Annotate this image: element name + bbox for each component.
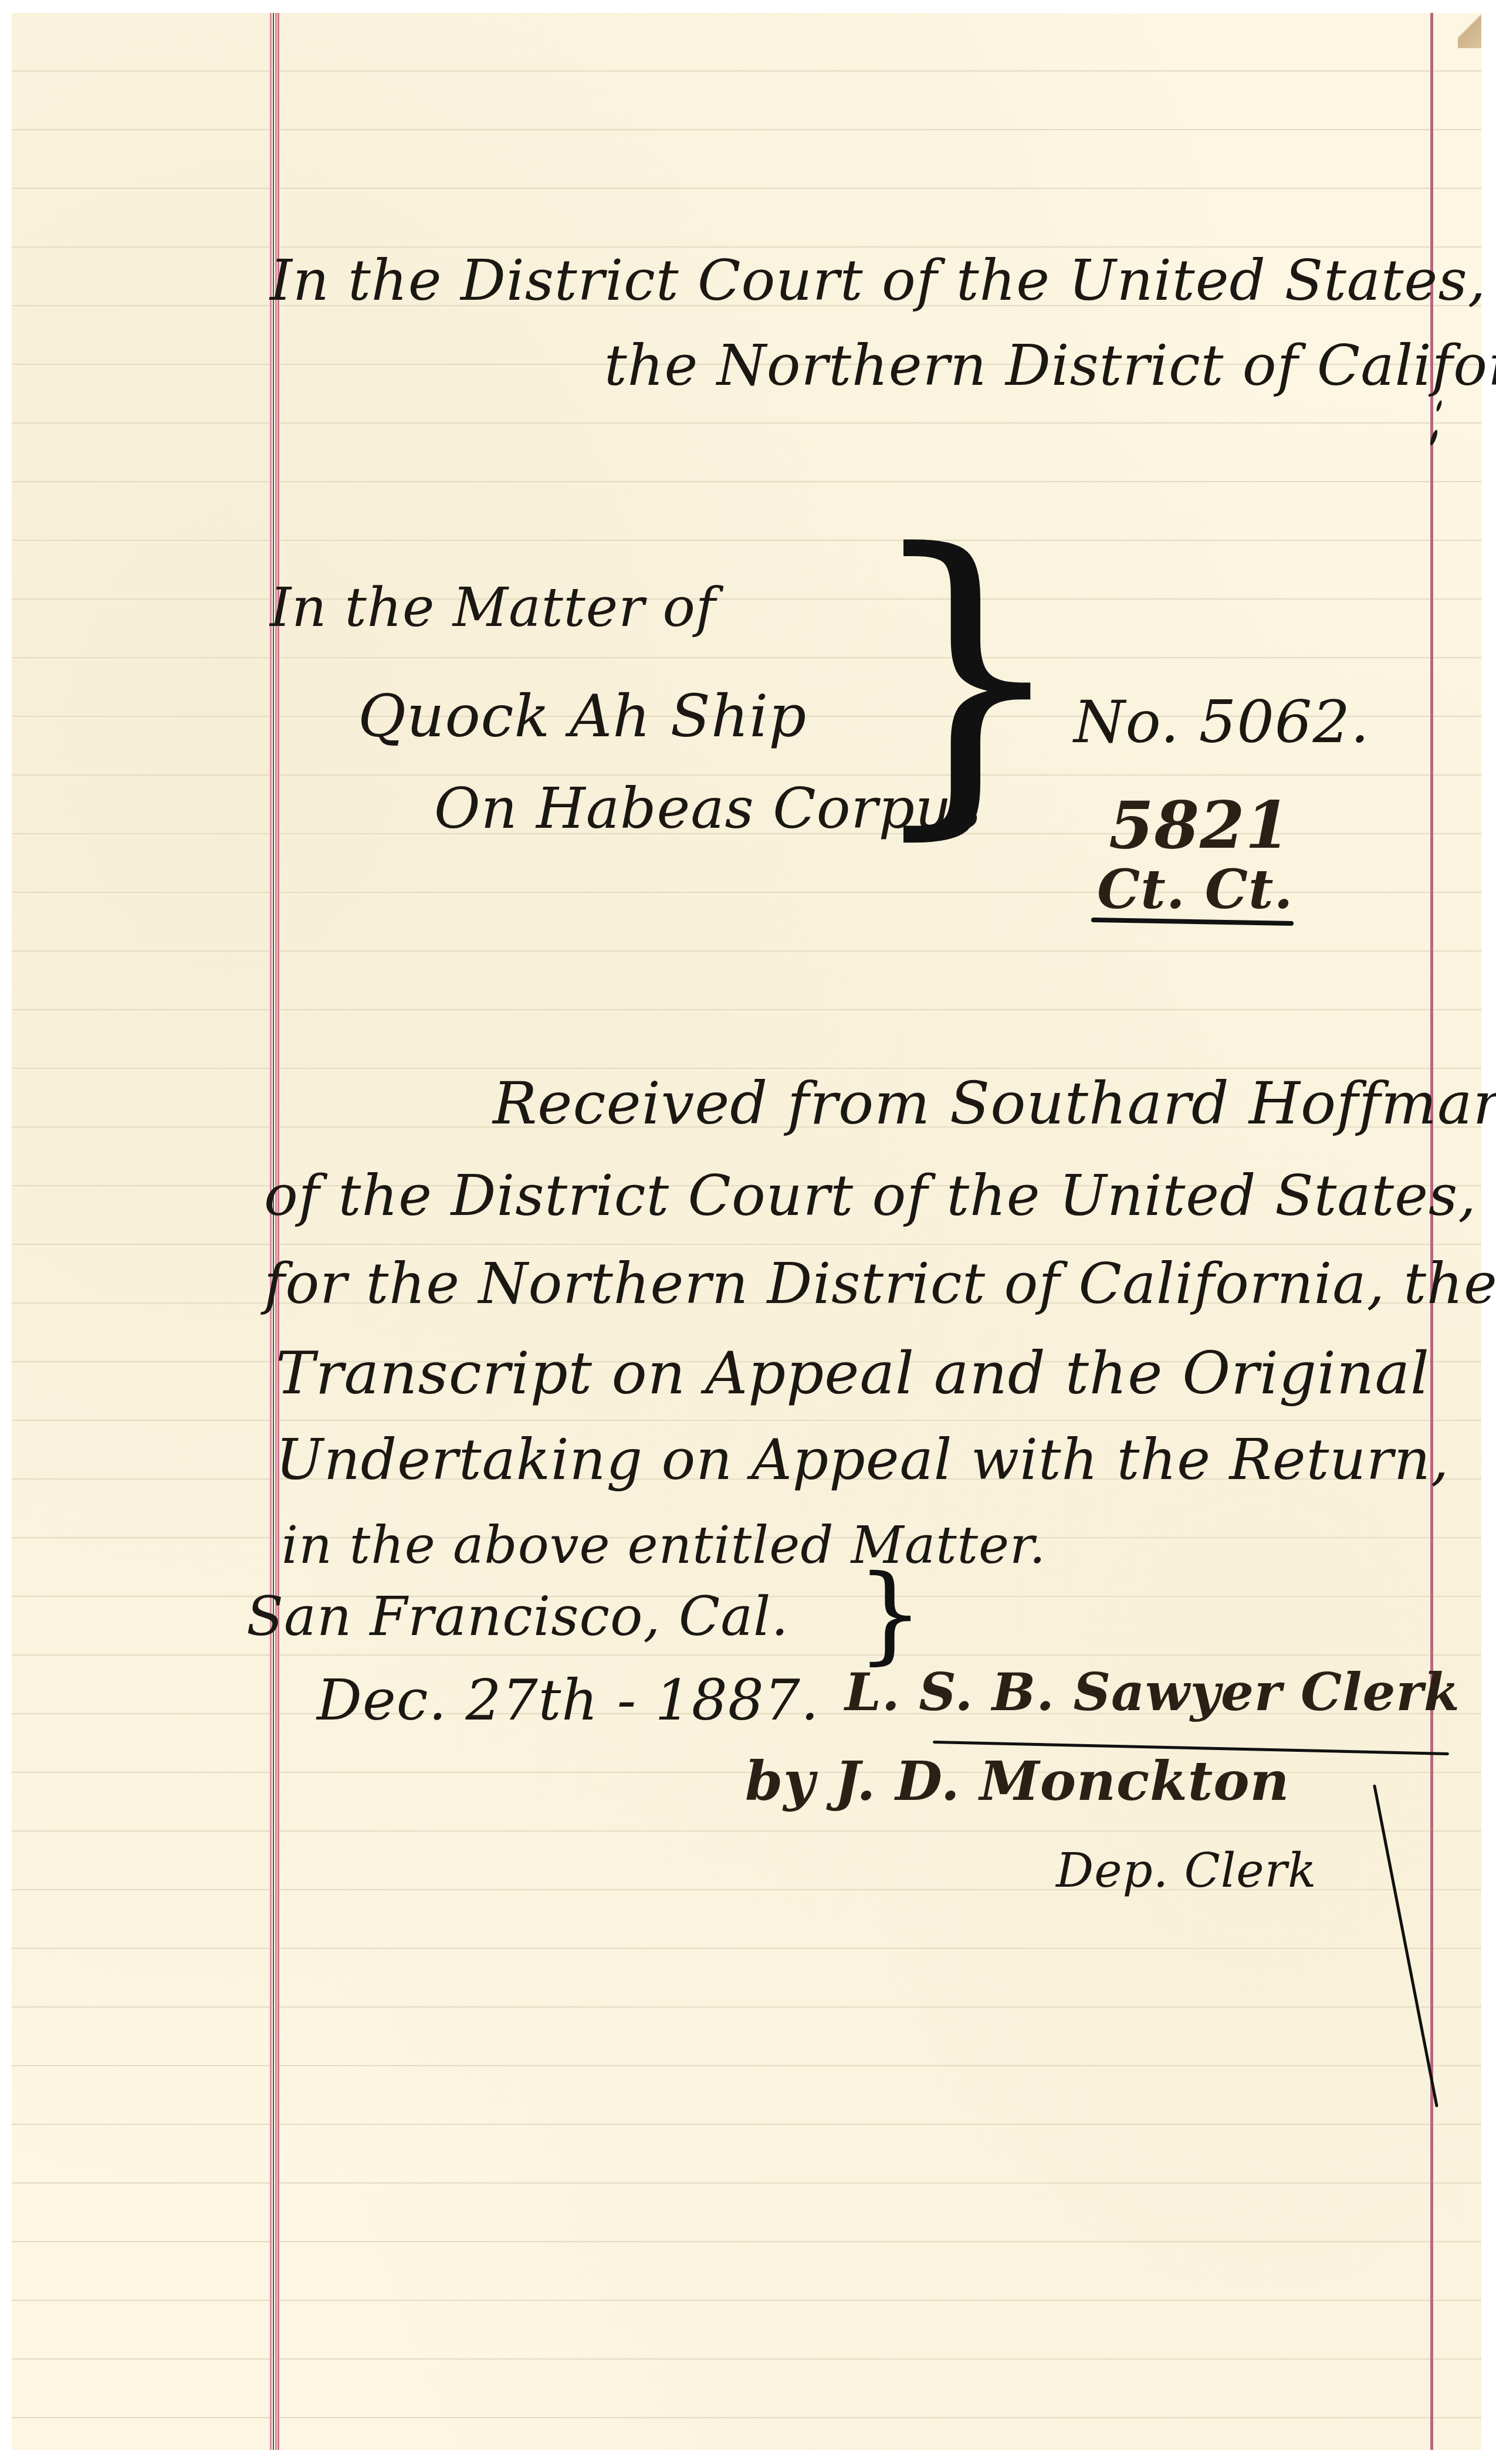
left-margin-rule	[270, 13, 279, 2450]
case-bracket: }	[862, 512, 1071, 840]
body-line-1: Received from Southard Hoffman, Clerk	[493, 1069, 1496, 1138]
circuit-case-number: 5821	[1109, 787, 1291, 863]
document-page: In the District Court of the United Stat…	[12, 13, 1481, 2450]
circuit-court-label: Ct. Ct.	[1097, 858, 1294, 921]
body-line-5: Undertaking on Appeal with the Return,	[276, 1427, 1449, 1492]
clerk-signature: L. S. B. Sawyer Clerk	[845, 1661, 1460, 1722]
case-title-line-2: Quock Ah Ship	[358, 682, 807, 750]
corner-stain	[1458, 13, 1481, 48]
body-line-4: Transcript on Appeal and the Original	[276, 1339, 1430, 1407]
ink-blot	[1440, 356, 1444, 369]
court-caption-line-1: In the District Court of the United Stat…	[270, 248, 1496, 313]
body-line-3: for the Northern District of California,…	[264, 1251, 1496, 1316]
date-line: Dec. 27th - 1887.	[317, 1667, 819, 1733]
body-line-6: in the above entitled Matter.	[282, 1515, 1046, 1575]
case-title-line-1: In the Matter of	[270, 576, 716, 639]
deputy-signature: by J. D. Monckton	[745, 1749, 1289, 1813]
signature-tail-stroke	[1373, 1785, 1439, 2108]
place-line: San Francisco, Cal.	[246, 1585, 789, 1648]
district-case-number: No. 5062.	[1074, 688, 1370, 756]
ink-blot	[1436, 400, 1443, 412]
court-caption-line-2: the Northern District of California.	[604, 333, 1496, 398]
body-line-2: of the District Court of the United Stat…	[264, 1163, 1496, 1228]
place-bracket: }	[857, 1562, 924, 1667]
deputy-title: Dep. Clerk	[1056, 1843, 1316, 1898]
